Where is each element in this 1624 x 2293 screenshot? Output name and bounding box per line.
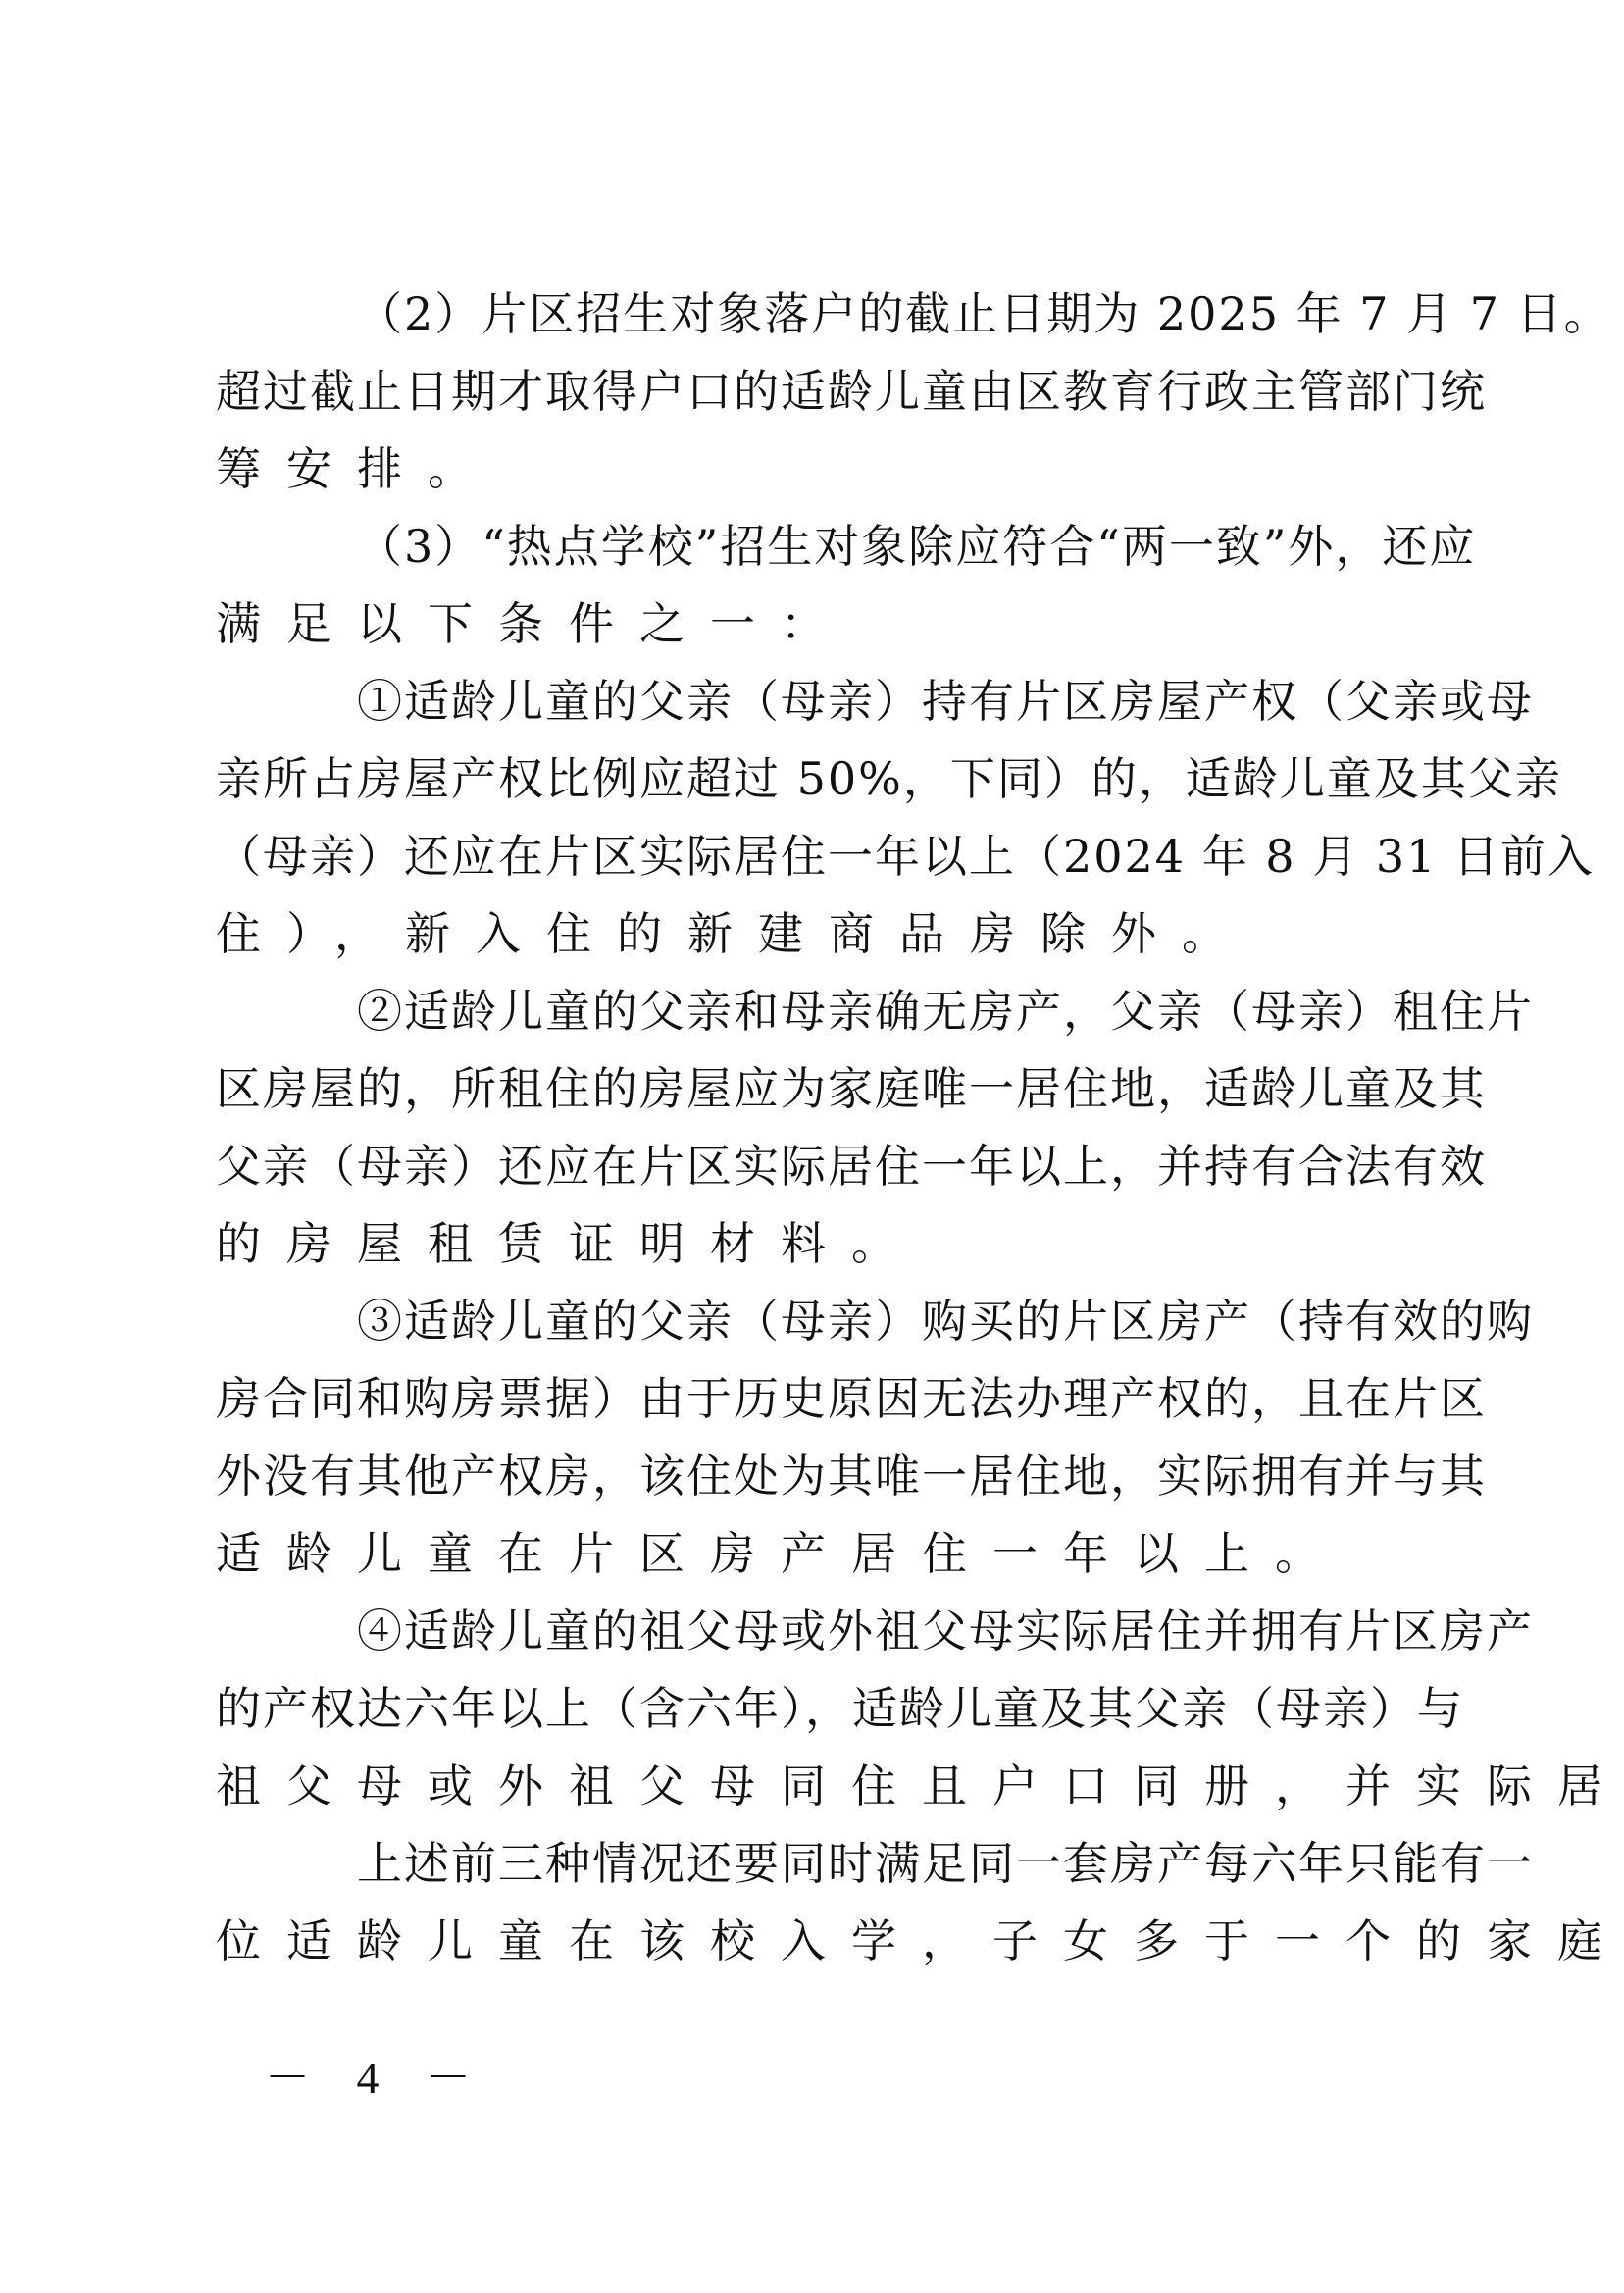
text-line: （母亲）还应在片区实际居住一年以上（2024 年 8 月 31 日前入: [216, 829, 1408, 906]
text-line: 祖父母或外祖父母同住且户口同册，并实际居住 1 年以上。: [216, 1758, 1408, 1836]
page-number: － 4 －: [265, 2042, 488, 2107]
text-line: 房合同和购房票据）由于历史原因无法办理产权的，且在片区: [216, 1371, 1408, 1449]
text-line: 超过截止日期才取得户口的适龄儿童由区教育行政主管部门统: [216, 364, 1408, 441]
paragraph-condition-4: ④适龄儿童的祖父母或外祖父母实际居住并拥有片区房产 的产权达六年以上（含六年），…: [216, 1604, 1408, 1836]
text-line: 的产权达六年以上（含六年），适龄儿童及其父亲（母亲）与: [216, 1681, 1408, 1758]
text-line: 适龄儿童在片区房产居住一年以上。: [216, 1526, 1408, 1604]
text-line: 亲所占房屋产权比例应超过 50%，下同）的，适龄儿童及其父亲: [216, 751, 1408, 829]
text-line: 筹安排。: [216, 441, 1408, 519]
document-page: （2）片区招生对象落户的截止日期为 2025 年 7 月 7 日。 超过截止日期…: [0, 0, 1624, 2293]
text-line: 位适龄儿童在该校入学，子女多于一个的家庭除外。: [216, 1913, 1408, 1991]
text-line: ④适龄儿童的祖父母或外祖父母实际居住并拥有片区房产: [216, 1604, 1408, 1681]
paragraph-condition-2: ②适龄儿童的父亲和母亲确无房产，父亲（母亲）租住片 区房屋的，所租住的房屋应为家…: [216, 984, 1408, 1294]
paragraph-condition-1: ①适龄儿童的父亲（母亲）持有片区房屋产权（父亲或母 亲所占房屋产权比例应超过 5…: [216, 674, 1408, 984]
text-line: 区房屋的，所租住的房屋应为家庭唯一居住地，适龄儿童及其: [216, 1061, 1408, 1139]
text-line: 满足以下条件之一：: [216, 596, 1408, 674]
paragraph-note: 上述前三种情况还要同时满足同一套房产每六年只能有一 位适龄儿童在该校入学，子女多…: [216, 1836, 1408, 1991]
text-line: 父亲（母亲）还应在片区实际居住一年以上，并持有合法有效: [216, 1139, 1408, 1216]
text-line: ③适龄儿童的父亲（母亲）购买的片区房产（持有效的购: [216, 1294, 1408, 1371]
paragraph-condition-3: ③适龄儿童的父亲（母亲）购买的片区房产（持有效的购 房合同和购房票据）由于历史原…: [216, 1294, 1408, 1604]
text-line: （2）片区招生对象落户的截止日期为 2025 年 7 月 7 日。: [216, 286, 1408, 364]
text-line: ②适龄儿童的父亲和母亲确无房产，父亲（母亲）租住片: [216, 984, 1408, 1061]
text-line: （3）“热点学校”招生对象除应符合“两一致”外，还应: [216, 519, 1408, 596]
paragraph-hot-school-conditions: （3）“热点学校”招生对象除应符合“两一致”外，还应 满足以下条件之一：: [216, 519, 1408, 674]
text-line: 上述前三种情况还要同时满足同一套房产每六年只能有一: [216, 1836, 1408, 1913]
document-body: （2）片区招生对象落户的截止日期为 2025 年 7 月 7 日。 超过截止日期…: [216, 286, 1408, 1991]
text-line: 的房屋租赁证明材料。: [216, 1216, 1408, 1294]
text-line: ①适龄儿童的父亲（母亲）持有片区房屋产权（父亲或母: [216, 674, 1408, 751]
text-line: 外没有其他产权房，该住处为其唯一居住地，实际拥有并与其: [216, 1449, 1408, 1526]
text-line: 住），新入住的新建商品房除外。: [216, 906, 1408, 984]
paragraph-settlement-deadline: （2）片区招生对象落户的截止日期为 2025 年 7 月 7 日。 超过截止日期…: [216, 286, 1408, 519]
